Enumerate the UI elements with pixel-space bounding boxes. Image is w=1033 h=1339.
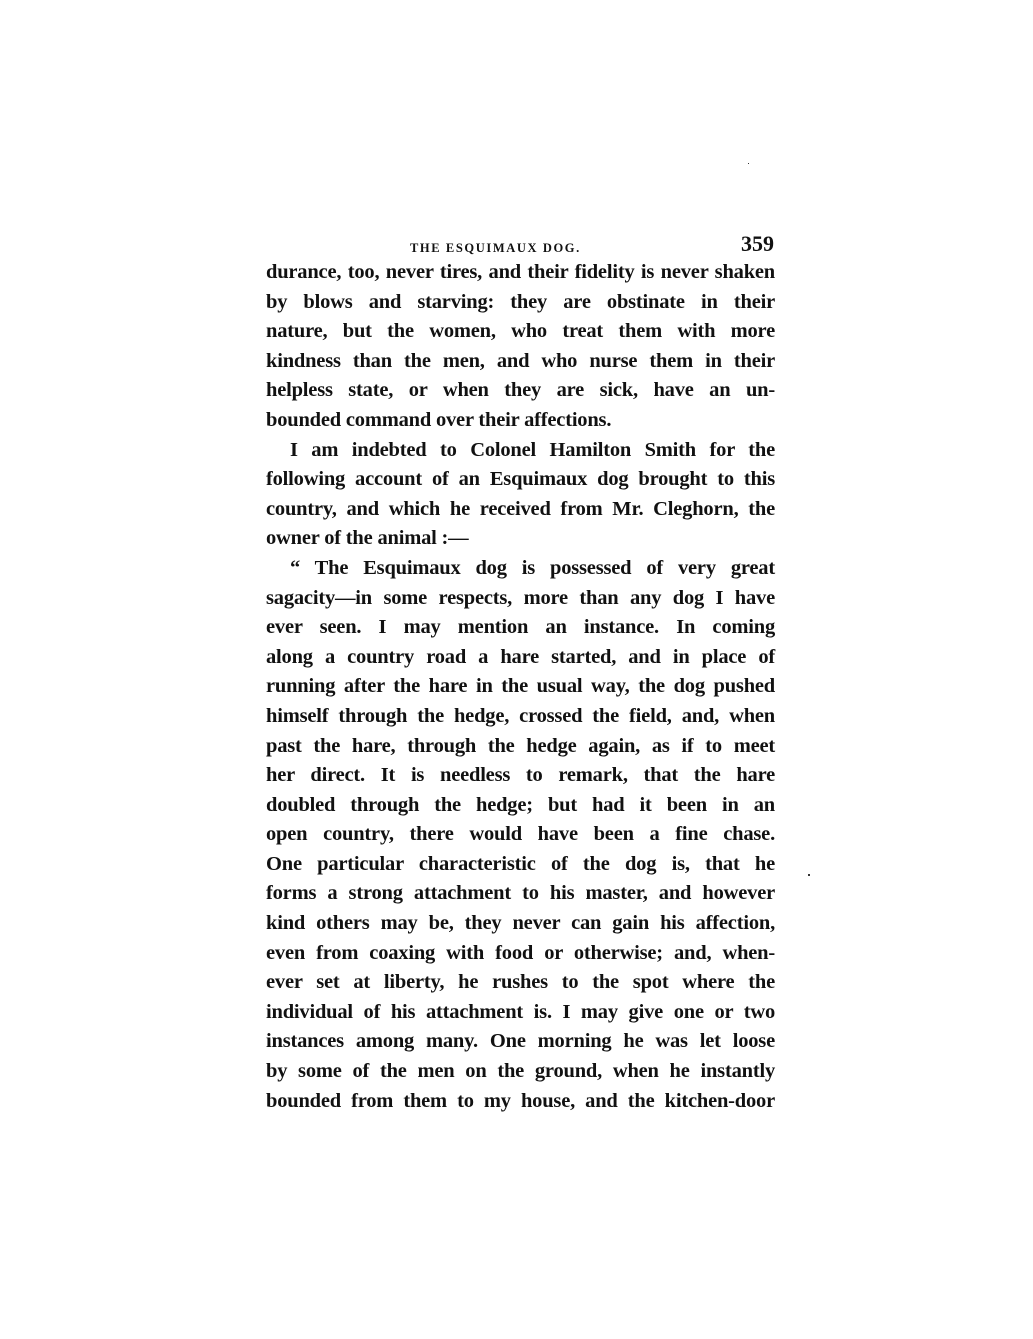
text-line: ever seen. I may mention an instance. In… [266,613,775,643]
text-line: following account of an Esquimaux dog br… [266,465,775,495]
text-line: individual of his attachment is. I may g… [266,998,775,1028]
text-line: along a country road a hare started, and… [266,643,775,673]
text-line: himself through the hedge, crossed the f… [266,702,775,732]
text-line: by some of the men on the ground, when h… [266,1057,775,1087]
text-line: forms a strong attachment to his master,… [266,879,775,909]
text-line: instances among many. One morning he was… [266,1027,775,1057]
text-line: ever set at liberty, he rushes to the sp… [266,968,775,998]
print-speck [748,163,749,164]
text-line: running after the hare in the usual way,… [266,672,775,702]
text-line: One particular characteristic of the dog… [266,850,775,880]
book-page: THE ESQUIMAUX DOG. 359 durance, too, nev… [0,0,1033,1339]
text-line: kind others may be, they never can gain … [266,909,775,939]
text-line: bounded command over their affections. [266,406,775,436]
text-line: her direct. It is needless to remark, th… [266,761,775,791]
text-line: open country, there would have been a fi… [266,820,775,850]
text-line: country, and which he received from Mr. … [266,495,775,525]
page-number: 359 [741,231,774,257]
text-line: sagacity—in some respects, more than any… [266,584,775,614]
text-line: I am indebted to Colonel Hamilton Smith … [266,436,775,466]
running-title: THE ESQUIMAUX DOG. [410,241,581,256]
print-speck [808,874,810,876]
text-line: even from coaxing with food or otherwise… [266,939,775,969]
text-line: past the hare, through the hedge again, … [266,732,775,762]
text-line: owner of the animal :— [266,524,775,554]
text-line: nature, but the women, who treat them wi… [266,317,775,347]
text-line: doubled through the hedge; but had it be… [266,791,775,821]
body-text: durance, too, never tires, and their fid… [266,258,775,1116]
text-line: bounded from them to my house, and the k… [266,1087,775,1117]
text-line: by blows and starving: they are obstinat… [266,288,775,318]
text-line: kindness than the men, and who nurse the… [266,347,775,377]
text-line: durance, too, never tires, and their fid… [266,258,775,288]
text-line: “ The Esquimaux dog is possessed of very… [266,554,775,584]
text-line: helpless state, or when they are sick, h… [266,376,775,406]
